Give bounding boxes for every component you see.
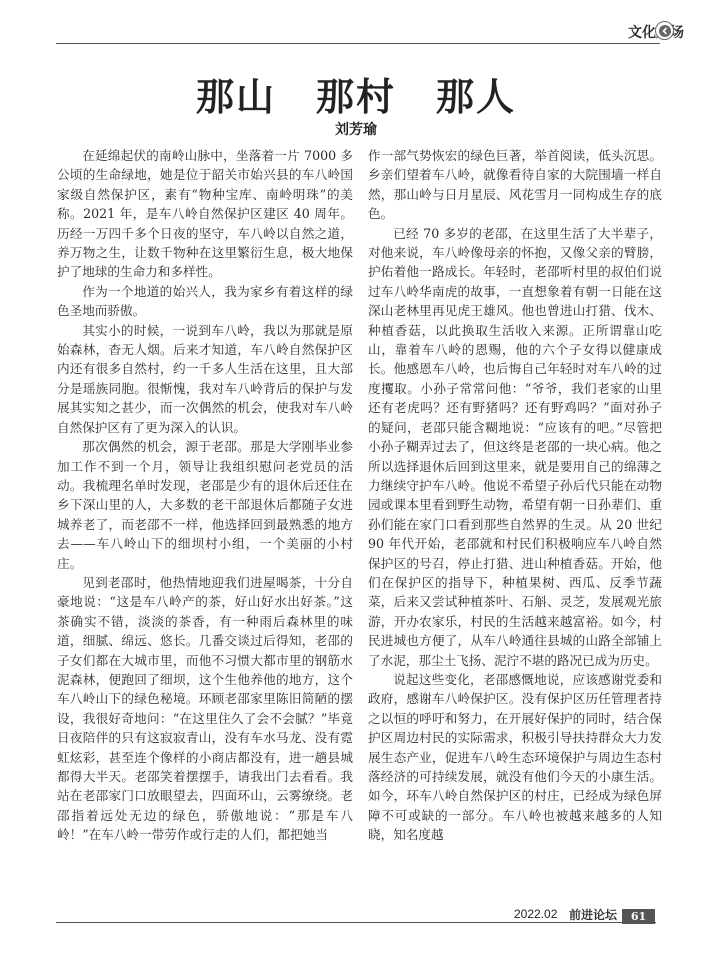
paragraph: 已经 70 多岁的老邵，在这里生活了大半辈子，对他来说，车八岭像母亲的怀抱，又像…	[368, 224, 662, 670]
right-column: 作一部气势恢宏的绿色巨著，举首阅读，低头沉思。乡亲们望着车八岭，就像看待自家的大…	[368, 146, 662, 845]
header-divider	[56, 43, 660, 44]
article-title: 那山 那村 那人	[0, 66, 712, 121]
circle-arrow-left-icon	[655, 21, 674, 40]
paragraph: 其实小的时候，一说到车八岭，我以为那就是原始森林，杳无人烟。后来才知道，车八岭自…	[57, 321, 353, 437]
paragraph-continued: 作一部气势恢宏的绿色巨著，举首阅读，低头沉思。乡亲们望着车八岭，就像看待自家的大…	[368, 146, 662, 224]
paragraph: 见到老邵时，他热情地迎我们进屋喝茶，十分自豪地说：“这是车八岭产的茶，好山好水出…	[57, 573, 353, 845]
paragraph: 那次偶然的机会，源于老邵。那是大学刚毕业参加工作不到一个月，领导让我组织慰问老党…	[57, 437, 353, 573]
magazine-name: 前进论坛	[569, 906, 617, 923]
left-column: 在延绵起伏的南岭山脉中，坐落着一片 7000 多公顷的生命绿地，她是位于韶关市始…	[57, 146, 353, 845]
paragraph: 作为一个地道的始兴人，我为家乡有着这样的绿色圣地而骄傲。	[57, 282, 353, 321]
paragraph: 在延绵起伏的南岭山脉中，坐落着一片 7000 多公顷的生命绿地，她是位于韶关市始…	[57, 146, 353, 282]
issue-date: 2022.02	[514, 907, 557, 921]
footer-divider	[56, 922, 656, 923]
article-author: 刘芳瑜	[0, 119, 712, 139]
paragraph: 说起这些变化，老邵感慨地说，应该感谢党委和政府，感谢车八岭保护区。没有保护区历任…	[368, 670, 662, 845]
